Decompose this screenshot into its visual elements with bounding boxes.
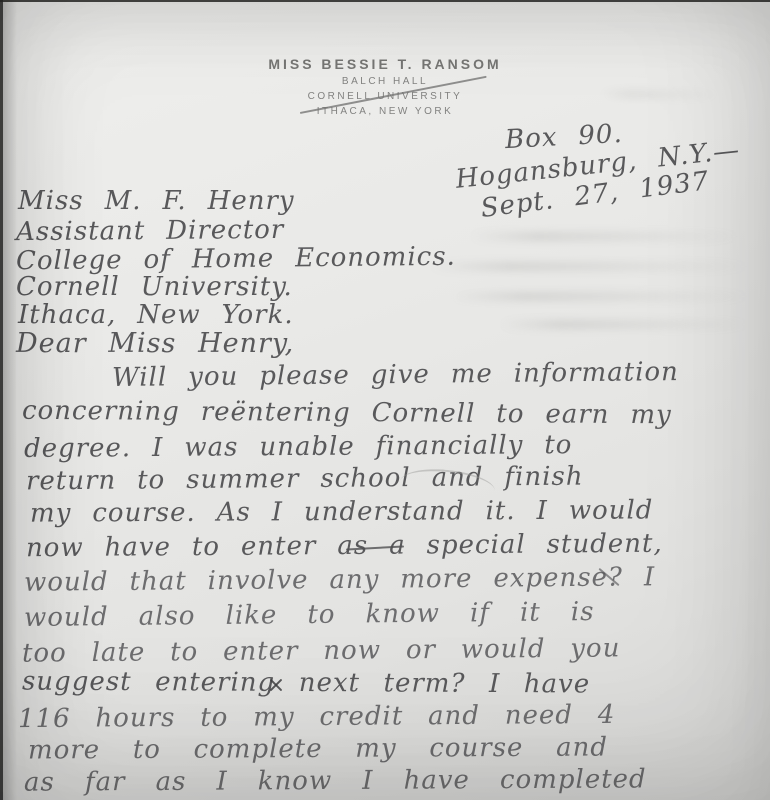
body-line: concerning reëntering Cornell to earn my (22, 396, 672, 431)
body-line: more to complete my course and (28, 732, 608, 765)
recipient-name: Miss M. F. Henry (18, 186, 295, 216)
bleedthrough-smudge (470, 232, 740, 241)
scan-left-edge (0, 0, 3, 800)
body-line: 116 hours to my credit and need 4 (18, 700, 616, 734)
body-line: my course. As I understand it. I would (30, 495, 654, 528)
body-line: would that involve any more expense? I (24, 562, 655, 598)
body-line: would also like to know if it is (24, 597, 595, 633)
body-line: too late to enter now or would you (22, 633, 621, 668)
body-line: suggest entering next term? I have (22, 667, 590, 700)
body-line: degree. I was unable financially to (24, 430, 573, 464)
bleedthrough-smudge (500, 320, 750, 329)
letterhead-hall: BALCH HALL (0, 76, 770, 87)
scanned-letter: MISS BESSIE T. RANSOM BALCH HALL CORNELL… (0, 0, 770, 800)
letterhead: MISS BESSIE T. RANSOM BALCH HALL CORNELL… (0, 56, 770, 117)
salutation: Dear Miss Henry, (16, 328, 294, 359)
bleedthrough-smudge (450, 292, 750, 301)
letterhead-name: MISS BESSIE T. RANSOM (0, 56, 770, 72)
body-line: Will you please give me information (112, 357, 679, 393)
letterhead-university: CORNELL UNIVERSITY (0, 91, 770, 102)
body-line: now have to enter as a special student, (26, 529, 663, 563)
recipient-city: Ithaca, New York. (18, 300, 294, 330)
body-line: return to summer school and finish (26, 462, 584, 497)
scan-left-shadow (3, 0, 17, 800)
recipient-university: Cornell University. (16, 272, 293, 302)
bleedthrough-smudge (430, 262, 750, 271)
recipient-title: Assistant Director (16, 215, 285, 247)
letterhead-city: ITHACA, NEW YORK (0, 106, 770, 117)
body-line: as far as I know I have completed (24, 764, 647, 797)
scan-top-edge (0, 0, 770, 2)
